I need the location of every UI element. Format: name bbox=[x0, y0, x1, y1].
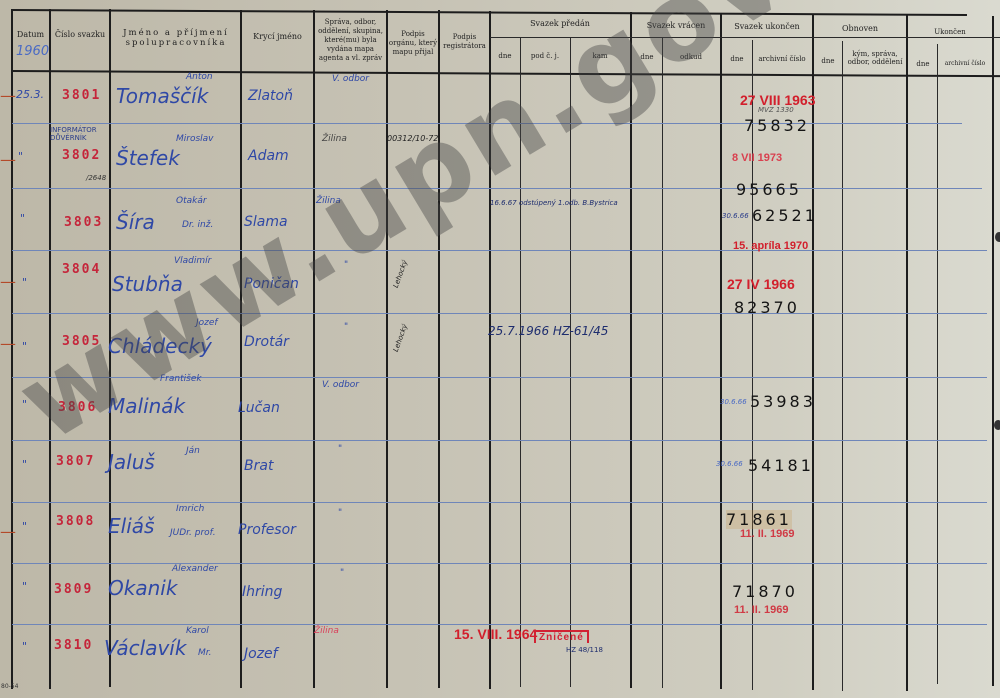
header-ukoncen2-archivni: archivní číslo bbox=[938, 58, 992, 70]
col-divider bbox=[662, 38, 663, 688]
row-datum: " bbox=[20, 212, 25, 225]
margin-tick: — bbox=[0, 334, 16, 353]
row-predan: 16.6.67 odstúpený 1.odb. B.Bystrica bbox=[490, 199, 618, 207]
row-archivni: 75832 bbox=[744, 116, 810, 135]
margin-tick: — bbox=[0, 272, 16, 291]
col-divider bbox=[630, 12, 632, 688]
row-cislo: 3807 bbox=[56, 454, 95, 469]
row-kryci: Profesor bbox=[238, 522, 296, 538]
row-jmeno: Imrich bbox=[176, 504, 204, 514]
row-datum: " bbox=[18, 150, 23, 163]
row-prijmeni: Chládecký bbox=[108, 334, 212, 358]
row-kryci: Brat bbox=[244, 458, 273, 474]
row-titul: Dr. inž. bbox=[182, 220, 213, 230]
row-prijmeni: Eliáš bbox=[108, 514, 154, 538]
row-ukoncen-dne: 11. II. 1969 bbox=[740, 528, 794, 540]
header-ukoncen-archivni: archivní číslo bbox=[752, 53, 812, 65]
header-podpis-registratora: Podpis registrátora bbox=[440, 30, 489, 54]
header-vracen-dne: dne bbox=[632, 51, 662, 63]
row-cislo: 3801 bbox=[62, 88, 101, 103]
row-archivni: 53983 bbox=[750, 392, 816, 411]
row-line bbox=[12, 188, 982, 189]
col-divider bbox=[570, 37, 571, 687]
row-sprava: Žilina bbox=[314, 626, 339, 636]
row-jmeno: Alexander bbox=[172, 564, 218, 574]
row-sprava: " bbox=[338, 508, 342, 518]
header-svazek-vracen: Svazek vrácen bbox=[632, 18, 720, 34]
row-titul: JUDr. prof. bbox=[170, 528, 216, 538]
row-kryci: Slama bbox=[244, 214, 288, 230]
header-obnoven: Obnoven bbox=[814, 21, 906, 37]
row-jmeno: Karol bbox=[186, 626, 209, 636]
row-kryci: Lučan bbox=[238, 400, 280, 416]
col-divider bbox=[49, 9, 51, 689]
row-line bbox=[12, 563, 987, 564]
row-jmeno: Miroslav bbox=[176, 134, 214, 144]
row-cislo: 3809 bbox=[54, 582, 93, 597]
col-divider bbox=[812, 14, 814, 690]
row-kryci: Poničan bbox=[244, 276, 299, 292]
row-kryci: Jozef bbox=[244, 646, 278, 662]
row-archivni: 95665 bbox=[736, 180, 802, 199]
row-line bbox=[12, 123, 962, 124]
row-datum: " bbox=[22, 340, 27, 353]
header-datum: Datum bbox=[12, 28, 49, 42]
row-sprava: V. odbor bbox=[322, 380, 359, 390]
row-jmeno: Vladimír bbox=[174, 256, 211, 266]
row-cislo: 3805 bbox=[62, 334, 101, 349]
row-ukoncen-dne: 27 IV 1966 bbox=[727, 276, 795, 292]
year-label: 1960 bbox=[16, 44, 49, 59]
row-kryci: Zlatoň bbox=[248, 88, 293, 104]
footer-code: 80-54 bbox=[1, 683, 18, 690]
row-line bbox=[12, 624, 987, 625]
header-ukoncen-dne: dne bbox=[722, 53, 752, 65]
row-sprava: Žilina bbox=[322, 134, 347, 144]
row-prijmeni: Stubňa bbox=[112, 272, 183, 296]
row-sprava: Žilina bbox=[316, 196, 341, 206]
row-jmeno: Anton bbox=[186, 72, 213, 82]
ledger-sheet: Datum 1960 Číslo svazku Jméno a příjmení… bbox=[0, 0, 1000, 698]
row-archivni: 62521 bbox=[752, 206, 818, 225]
row-datum: " bbox=[22, 276, 27, 289]
col-divider bbox=[992, 16, 994, 686]
col-divider bbox=[842, 41, 843, 691]
row-cislo: 3804 bbox=[62, 262, 101, 277]
header-sprava: Správa, odbor, oddělení, skupina, které(… bbox=[315, 12, 386, 68]
header-obnoven-kym: kým, správa, odbor, oddělení bbox=[844, 44, 906, 72]
row-line bbox=[12, 377, 987, 378]
header-ukoncen2-dne: dne bbox=[908, 58, 938, 70]
row-kryci: Adam bbox=[248, 148, 289, 164]
row-prijmeni: Tomaščík bbox=[116, 84, 208, 108]
header-svazek-ukoncen: Svazek ukončen bbox=[722, 19, 812, 35]
col-divider bbox=[386, 10, 388, 688]
row-ukoncen-dne: 30.6.66 bbox=[720, 398, 747, 406]
row-datum: " bbox=[22, 520, 27, 533]
header-predan-dne: dne bbox=[490, 50, 520, 62]
header-predan-kam: kam bbox=[570, 50, 630, 62]
row-line bbox=[12, 502, 987, 503]
row-datum: " bbox=[22, 398, 27, 411]
row-sprava: " bbox=[338, 444, 342, 454]
col-divider bbox=[906, 15, 908, 691]
row-sprava: " bbox=[344, 322, 348, 332]
header-jmeno: Jméno a příjmení spolupracovníka bbox=[120, 24, 232, 52]
row-datum: " bbox=[22, 458, 27, 471]
row-prijmeni: Okanik bbox=[108, 576, 177, 600]
row-sprava: V. odbor bbox=[332, 74, 369, 84]
row-cislo-note: INFORMÁTOR DŮVĚRNÍK bbox=[50, 126, 108, 142]
row-prijmeni: Šíra bbox=[116, 210, 155, 234]
row-archivni: 71861 bbox=[726, 510, 792, 529]
row-datum: " bbox=[22, 580, 27, 593]
header-obnoven-dne: dne bbox=[814, 55, 842, 67]
row-datum: " bbox=[22, 640, 27, 653]
row-cislo: 3808 bbox=[56, 514, 95, 529]
row-archivni: 71870 bbox=[732, 582, 798, 601]
row-archivni: 54181 bbox=[748, 456, 814, 475]
row-prijmeni: Štefek bbox=[116, 146, 180, 170]
row-cislo: 3803 bbox=[64, 215, 103, 230]
row-podpis-organu: Lehocký bbox=[392, 259, 409, 289]
punch-hole bbox=[995, 232, 1000, 242]
margin-tick: — bbox=[0, 150, 16, 169]
row-archivni: 82370 bbox=[734, 298, 800, 317]
header-podpis-organu: Podpis orgánu, který mapu přijal bbox=[388, 28, 438, 58]
row-podpis-organu: 00312/10-72 bbox=[387, 134, 438, 143]
header-cislo-svazku: Číslo svazku bbox=[51, 28, 109, 42]
row-kryci: Ihring bbox=[242, 584, 282, 600]
row-ukoncen-dne: 8 VII 1973 bbox=[732, 152, 782, 164]
row-predan-dne: 15. VIII. 1964 bbox=[454, 626, 537, 642]
row-kryci: Drotár bbox=[244, 334, 289, 350]
row-sprava: " bbox=[340, 568, 344, 578]
row-ukoncen-note: MVZ 1330 bbox=[758, 106, 794, 114]
row-ukoncen-dne: 30.6.66 bbox=[716, 460, 743, 468]
row-line bbox=[12, 313, 987, 314]
row-jmeno: Jozef bbox=[196, 318, 218, 328]
row-line bbox=[12, 440, 987, 441]
row-predan: 25.7.1966 HZ-61/45 bbox=[488, 324, 608, 338]
row-jmeno: Otakár bbox=[176, 196, 207, 206]
row-prijmeni: Malinák bbox=[108, 394, 185, 418]
header-vracen-odkud: odkud bbox=[662, 51, 720, 63]
punch-hole bbox=[994, 420, 1000, 430]
row-ukoncen-stamp: 15. apríla 1970 bbox=[733, 240, 808, 252]
col-divider bbox=[720, 13, 722, 689]
header-ukoncen2: Ukončen bbox=[908, 24, 992, 40]
row-cislo: 3802 bbox=[62, 148, 101, 163]
row-cislo-sub: /2648 bbox=[86, 174, 106, 182]
row-jmeno: František bbox=[160, 374, 202, 384]
col-divider bbox=[489, 11, 491, 689]
row-predan-cj: HZ 48/118 bbox=[566, 646, 603, 654]
row-cislo: 3806 bbox=[58, 400, 97, 415]
header-predan-cj: pod č. j. bbox=[520, 50, 570, 62]
margin-tick: — bbox=[0, 86, 16, 105]
row-prijmeni: Jaluš bbox=[108, 450, 155, 474]
header-svazek-predan: Svazek předán bbox=[490, 16, 630, 32]
row-ukoncen-dne: 11. II. 1969 bbox=[734, 604, 788, 616]
row-predan-stamp: Zničené bbox=[534, 630, 589, 643]
row-ukoncen-dne: 30.6.66 bbox=[722, 212, 749, 220]
row-line bbox=[12, 250, 987, 251]
row-datum: 25.3. bbox=[16, 88, 44, 101]
header-kryci-jmeno: Krycí jméno bbox=[242, 30, 313, 44]
margin-tick: — bbox=[0, 522, 16, 541]
row-titul: Mr. bbox=[198, 648, 212, 658]
row-sprava: " bbox=[344, 260, 348, 270]
row-jmeno: Ján bbox=[186, 446, 200, 456]
col-divider bbox=[313, 10, 315, 688]
col-divider bbox=[438, 10, 440, 688]
row-podpis-organu: Lehocký bbox=[392, 323, 409, 353]
row-cislo: 3810 bbox=[54, 638, 93, 653]
row-prijmeni: Václavík bbox=[104, 636, 186, 660]
col-divider bbox=[520, 37, 521, 687]
col-divider bbox=[937, 44, 938, 684]
